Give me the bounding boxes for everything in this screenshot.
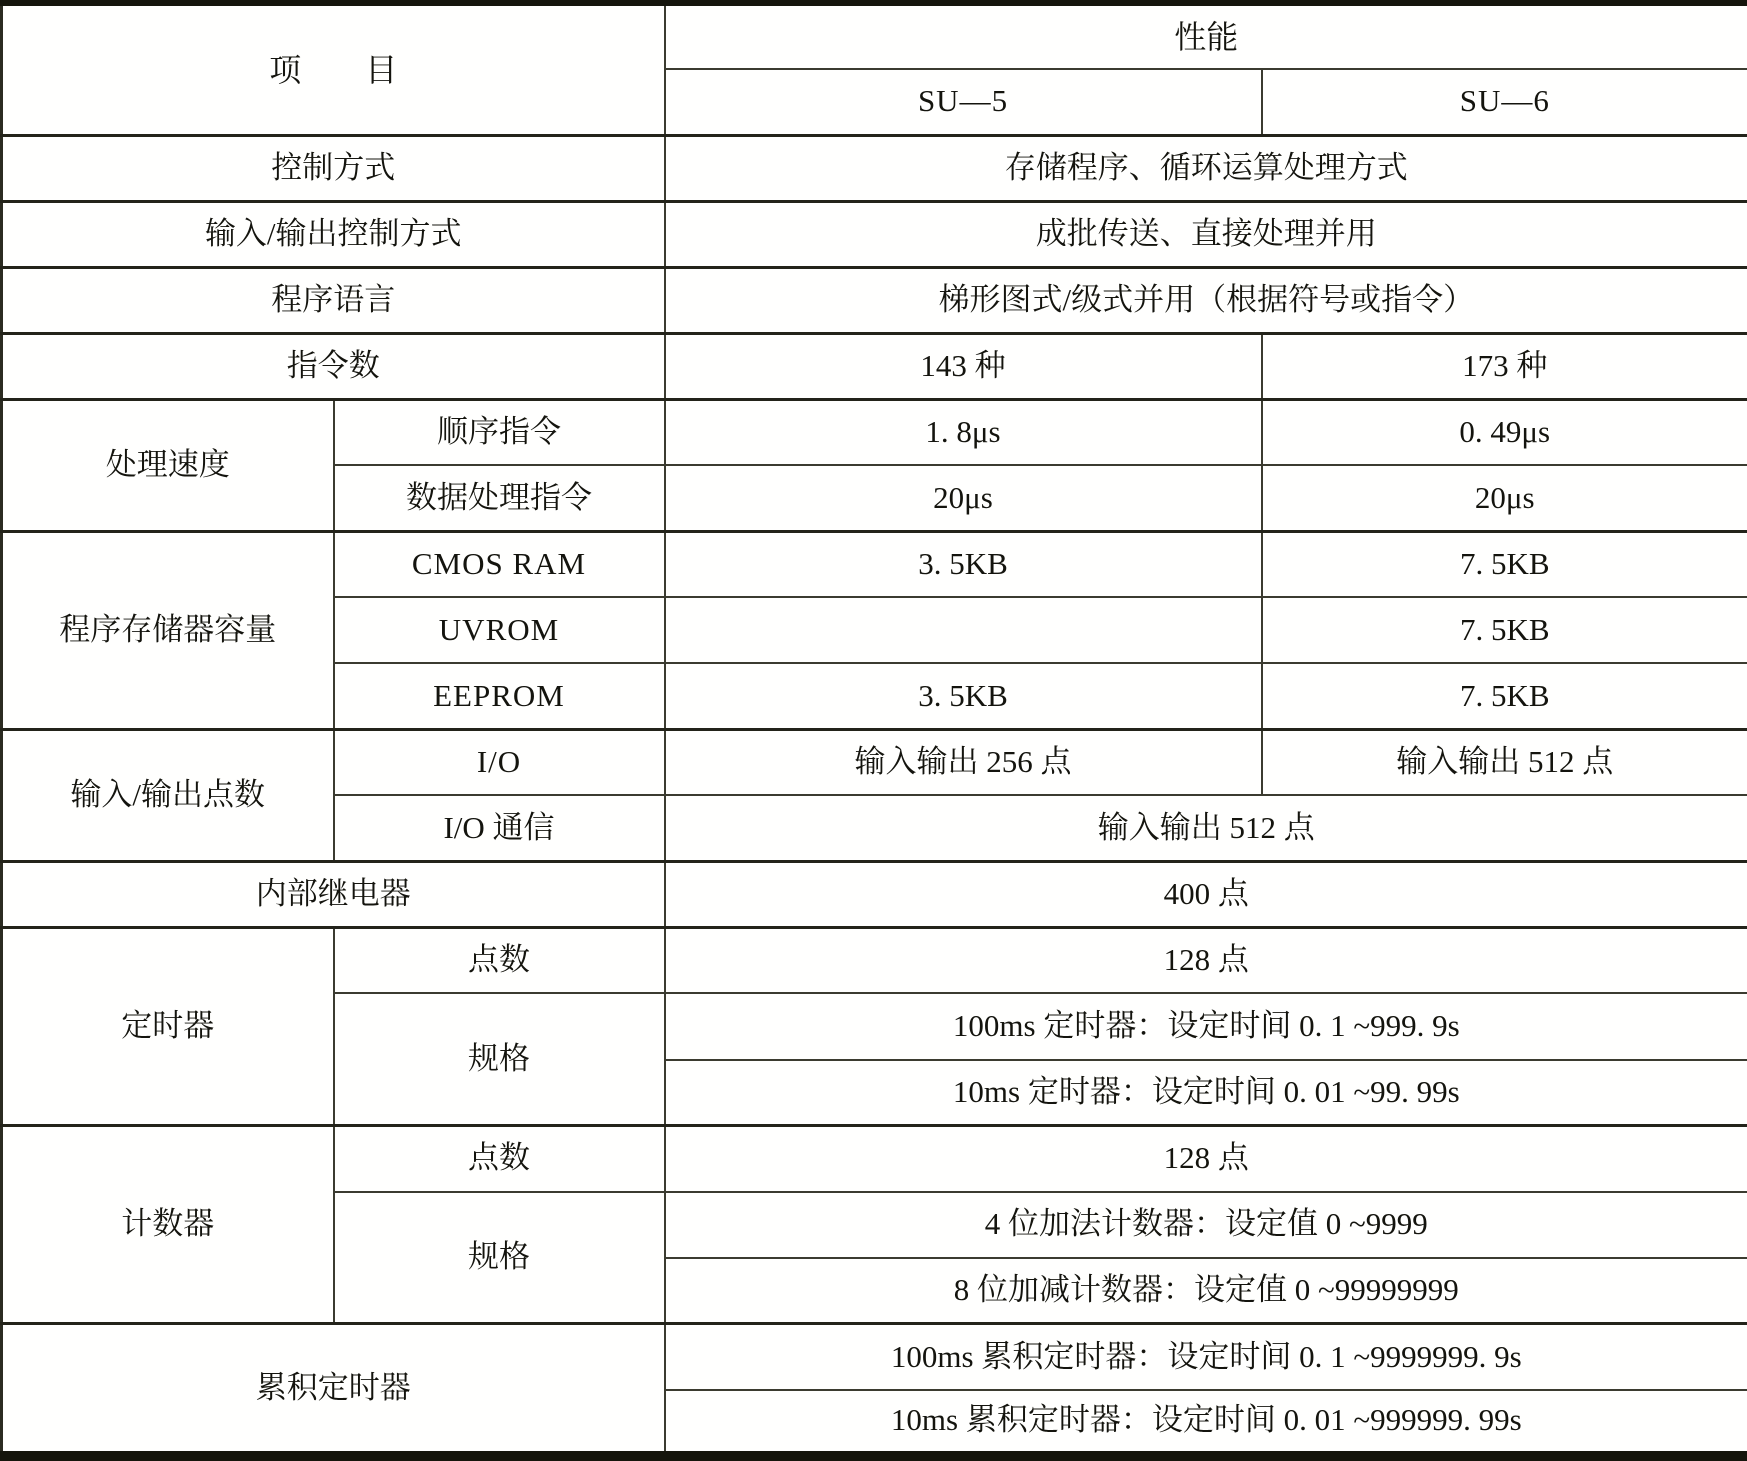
memory-eeprom-su6: 7. 5KB xyxy=(1262,663,1747,729)
timer-points-label: 点数 xyxy=(334,927,665,993)
row-instructions: 指令数 143 种 173 种 xyxy=(2,333,1747,399)
io-points-io-label: I/O xyxy=(334,729,665,795)
header-su6-cell: SU—6 xyxy=(1262,69,1747,135)
io-points-io-su5: 输入输出 256 点 xyxy=(665,729,1262,795)
counter-points-value: 128 点 xyxy=(665,1126,1747,1192)
io-control-value: 成批传送、直接处理并用 xyxy=(665,201,1747,267)
row-memory-cmos: 程序存储器容量 CMOS RAM 3. 5KB 7. 5KB xyxy=(2,531,1747,597)
io-comm-value: 输入输出 512 点 xyxy=(665,795,1747,861)
instructions-su5: 143 种 xyxy=(665,333,1262,399)
memory-uvrom-su6: 7. 5KB xyxy=(1262,597,1747,663)
row-io-points: 输入/输出点数 I/O 输入输出 256 点 输入输出 512 点 xyxy=(2,729,1747,795)
counter-section-label: 计数器 xyxy=(2,1126,334,1324)
speed-sequential-su6: 0. 49μs xyxy=(1262,399,1747,465)
memory-section-label: 程序存储器容量 xyxy=(2,531,334,729)
counter-spec-4digit-value: 4 位加法计数器：设定值 0 ~9999 xyxy=(665,1192,1747,1258)
memory-eeprom-label: EEPROM xyxy=(334,663,665,729)
header-row-performance: 项 目 性能 xyxy=(2,3,1747,69)
instructions-label: 指令数 xyxy=(2,333,665,399)
acc-timer-label: 累积定时器 xyxy=(2,1324,665,1456)
timer-spec-10ms-value: 10ms 定时器：设定时间 0. 01 ~99. 99s xyxy=(665,1060,1747,1126)
row-counter-points: 计数器 点数 128 点 xyxy=(2,1126,1747,1192)
memory-uvrom-su5 xyxy=(665,597,1262,663)
acc-timer-10ms-value: 10ms 累积定时器：设定时间 0. 01 ~999999. 99s xyxy=(665,1390,1747,1456)
io-points-io-su6: 输入输出 512 点 xyxy=(1262,729,1747,795)
language-label: 程序语言 xyxy=(2,267,665,333)
header-item-cell: 项 目 xyxy=(2,3,665,135)
memory-cmos-su6: 7. 5KB xyxy=(1262,531,1747,597)
language-value: 梯形图式/级式并用（根据符号或指令） xyxy=(665,267,1747,333)
counter-spec-label: 规格 xyxy=(334,1192,665,1324)
internal-relay-value: 400 点 xyxy=(665,861,1747,927)
io-comm-label: I/O 通信 xyxy=(334,795,665,861)
internal-relay-label: 内部继电器 xyxy=(2,861,665,927)
timer-points-value: 128 点 xyxy=(665,927,1747,993)
timer-spec-100ms-value: 100ms 定时器：设定时间 0. 1 ~999. 9s xyxy=(665,993,1747,1059)
header-performance-cell: 性能 xyxy=(665,3,1747,69)
timer-spec-label: 规格 xyxy=(334,993,665,1125)
speed-sequential-label: 顺序指令 xyxy=(334,399,665,465)
row-acc-timer-100ms: 累积定时器 100ms 累积定时器：设定时间 0. 1 ~9999999. 9s xyxy=(2,1324,1747,1390)
row-timer-points: 定时器 点数 128 点 xyxy=(2,927,1747,993)
header-su5-cell: SU—5 xyxy=(665,69,1262,135)
counter-spec-8digit-value: 8 位加减计数器：设定值 0 ~99999999 xyxy=(665,1258,1747,1324)
memory-cmos-su5: 3. 5KB xyxy=(665,531,1262,597)
row-io-control: 输入/输出控制方式 成批传送、直接处理并用 xyxy=(2,201,1747,267)
speed-data-label: 数据处理指令 xyxy=(334,465,665,531)
speed-sequential-su5: 1. 8μs xyxy=(665,399,1262,465)
control-mode-value: 存储程序、循环运算处理方式 xyxy=(665,135,1747,201)
acc-timer-100ms-value: 100ms 累积定时器：设定时间 0. 1 ~9999999. 9s xyxy=(665,1324,1747,1390)
counter-points-label: 点数 xyxy=(334,1126,665,1192)
instructions-su6: 173 种 xyxy=(1262,333,1747,399)
control-mode-label: 控制方式 xyxy=(2,135,665,201)
row-speed-sequential: 处理速度 顺序指令 1. 8μs 0. 49μs xyxy=(2,399,1747,465)
memory-eeprom-su5: 3. 5KB xyxy=(665,663,1262,729)
row-control-mode: 控制方式 存储程序、循环运算处理方式 xyxy=(2,135,1747,201)
row-language: 程序语言 梯形图式/级式并用（根据符号或指令） xyxy=(2,267,1747,333)
plc-spec-table: 项 目 性能 SU—5 SU—6 控制方式 存储程序、循环运算处理方式 输入/输… xyxy=(0,0,1747,1461)
memory-uvrom-label: UVROM xyxy=(334,597,665,663)
speed-data-su6: 20μs xyxy=(1262,465,1747,531)
speed-data-su5: 20μs xyxy=(665,465,1262,531)
io-control-label: 输入/输出控制方式 xyxy=(2,201,665,267)
row-internal-relay: 内部继电器 400 点 xyxy=(2,861,1747,927)
speed-section-label: 处理速度 xyxy=(2,399,334,531)
memory-cmos-label: CMOS RAM xyxy=(334,531,665,597)
timer-section-label: 定时器 xyxy=(2,927,334,1125)
io-points-section-label: 输入/输出点数 xyxy=(2,729,334,861)
